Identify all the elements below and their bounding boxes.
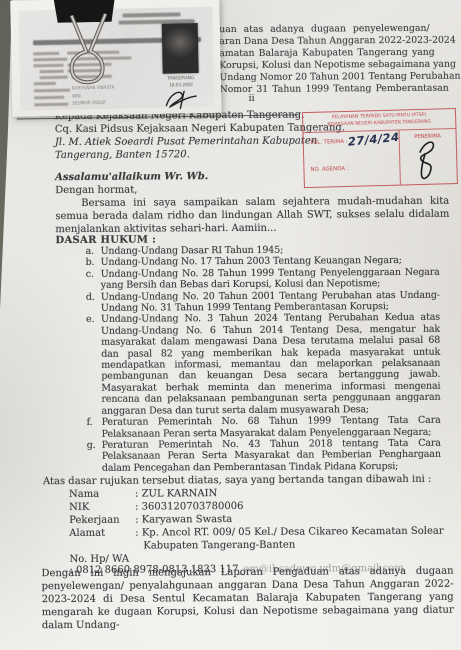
card-field-bar <box>34 103 68 106</box>
list-text: Peraturan Pemerintah No. 68 Tahun 1999 T… <box>102 415 441 439</box>
list-marker: e. <box>86 314 94 325</box>
list-item: e.Undang-Undang No. 3 Tahun 2024 Tentang… <box>86 312 441 417</box>
stamp-tgl-label: TGL. TERIMA : <box>310 139 348 146</box>
list-item: g.Peraturan Pemerintah No. 43 Tahun 2018… <box>87 438 441 474</box>
list-marker: b. <box>86 257 95 268</box>
list-item: f.Peraturan Pemerintah No. 68 Tahun 1999… <box>87 415 441 440</box>
list-item: c.Undang-Undang No. 28 Tahun 1999 Tentan… <box>86 267 440 292</box>
fragment-tail: ii <box>249 93 269 104</box>
identity-label: Alamat <box>69 528 135 539</box>
stamp-agenda-label: NO. AGENDA : <box>310 166 348 173</box>
identity-label: NIK <box>69 502 135 513</box>
list-marker: g. <box>87 440 96 451</box>
identity-label: Pekerjaan <box>69 515 135 526</box>
list-text: Undang-Undang No. 3 Tahun 2024 Tentang P… <box>101 312 441 416</box>
address-line-city: Tangerang, Banten 15720. <box>55 148 190 162</box>
card-field-bar <box>34 89 70 92</box>
fragment-line: Undang Nomor 20 Tahun 2001 Tentang Perub… <box>219 71 455 83</box>
greeting: Dengan hormat, <box>55 184 137 198</box>
list-text: Undang-Undang No. 20 Tahun 2001 Tentang … <box>101 289 440 313</box>
card-field-bar <box>34 82 56 85</box>
handwritten-date: 27/4/24 <box>347 130 400 149</box>
card-stamp-place: TANGERANG <box>156 76 206 82</box>
identity-label: Nama <box>69 489 135 500</box>
id-card-photocopy: KARYAWAN SWASTA WNI SEUMUR HIDUP TANGERA… <box>10 0 221 117</box>
fragment-line: Korupsi, Kolusi dan Nepotisme sebagaiman… <box>219 59 455 71</box>
list-item: d.Undang-Undang No. 20 Tahun 2001 Tentan… <box>86 289 440 314</box>
list-marker: c. <box>86 269 94 280</box>
letter-page: uan atas adanya dugaan penyelewengan/ ar… <box>0 0 461 650</box>
identity-value: : 3603120703780006 <box>135 501 243 513</box>
card-field-bar <box>34 96 64 99</box>
opening-paragraph: Bersama ini saya sampaikan salam sejahte… <box>55 195 449 236</box>
identity-value: Kabupaten Tangerang-Banten <box>135 540 295 552</box>
list-marker: d. <box>86 291 95 302</box>
list-text: Peraturan Pemerintah No. 43 Tahun 2018 t… <box>102 438 441 474</box>
fragment-line: uan atas adanya dugaan penyelewengan/ <box>219 23 455 35</box>
identity-block: Nama: ZUL KARNAIN NIK: 3603120703780006 … <box>69 487 461 568</box>
dasar-hukum-list: a.Undang-Undang Dasar RI Tahun 1945; b.U… <box>86 244 441 474</box>
salutation: Assalamu'allaikum Wr. Wb. <box>55 170 208 184</box>
closing-paragraph: Dengan ini ingin mengajukan Laporan Peng… <box>41 565 453 633</box>
list-marker: a. <box>86 246 94 257</box>
identity-label: No. Hp/ WA <box>69 554 135 565</box>
list-text: Undang-Undang No. 28 Tahun 1999 Tentang … <box>101 267 440 291</box>
binder-clip-wire <box>53 13 116 88</box>
card-header-smudge <box>122 12 180 17</box>
atas-dasar-line: Atas dasar rujukan tersebut diatas, saya… <box>43 473 455 489</box>
list-text: Undang-Undang Dasar RI Tahun 1945; <box>101 245 284 257</box>
card-wni-value: WNI <box>72 93 81 98</box>
identity-value: : Karyawan Swasta <box>135 514 232 526</box>
stamp-signature <box>406 137 449 182</box>
id-signature <box>160 87 204 112</box>
address-line-street: Jl. M. Atiek Soeardi Pusat Pemerintahan … <box>55 134 317 149</box>
list-marker: f. <box>87 417 93 428</box>
id-photo <box>162 23 199 74</box>
identity-value: : ZUL KARNAIN <box>135 488 217 500</box>
identity-value: : Kp. Ancol RT. 009/ 05 Kel./ Desa Cikar… <box>135 526 443 539</box>
fragment-line: aran Dana Desa Tahun Anggaran 2022-2023-… <box>219 35 455 47</box>
fragment-line: amatan Balaraja Kabupaten Tangerang yang <box>219 47 455 59</box>
card-berlaku-value: SEUMUR HIDUP <box>72 100 106 106</box>
ptsp-stamp: PELAYANAN TERPADU SATU PINTU (PTSP) KEJA… <box>302 108 458 188</box>
